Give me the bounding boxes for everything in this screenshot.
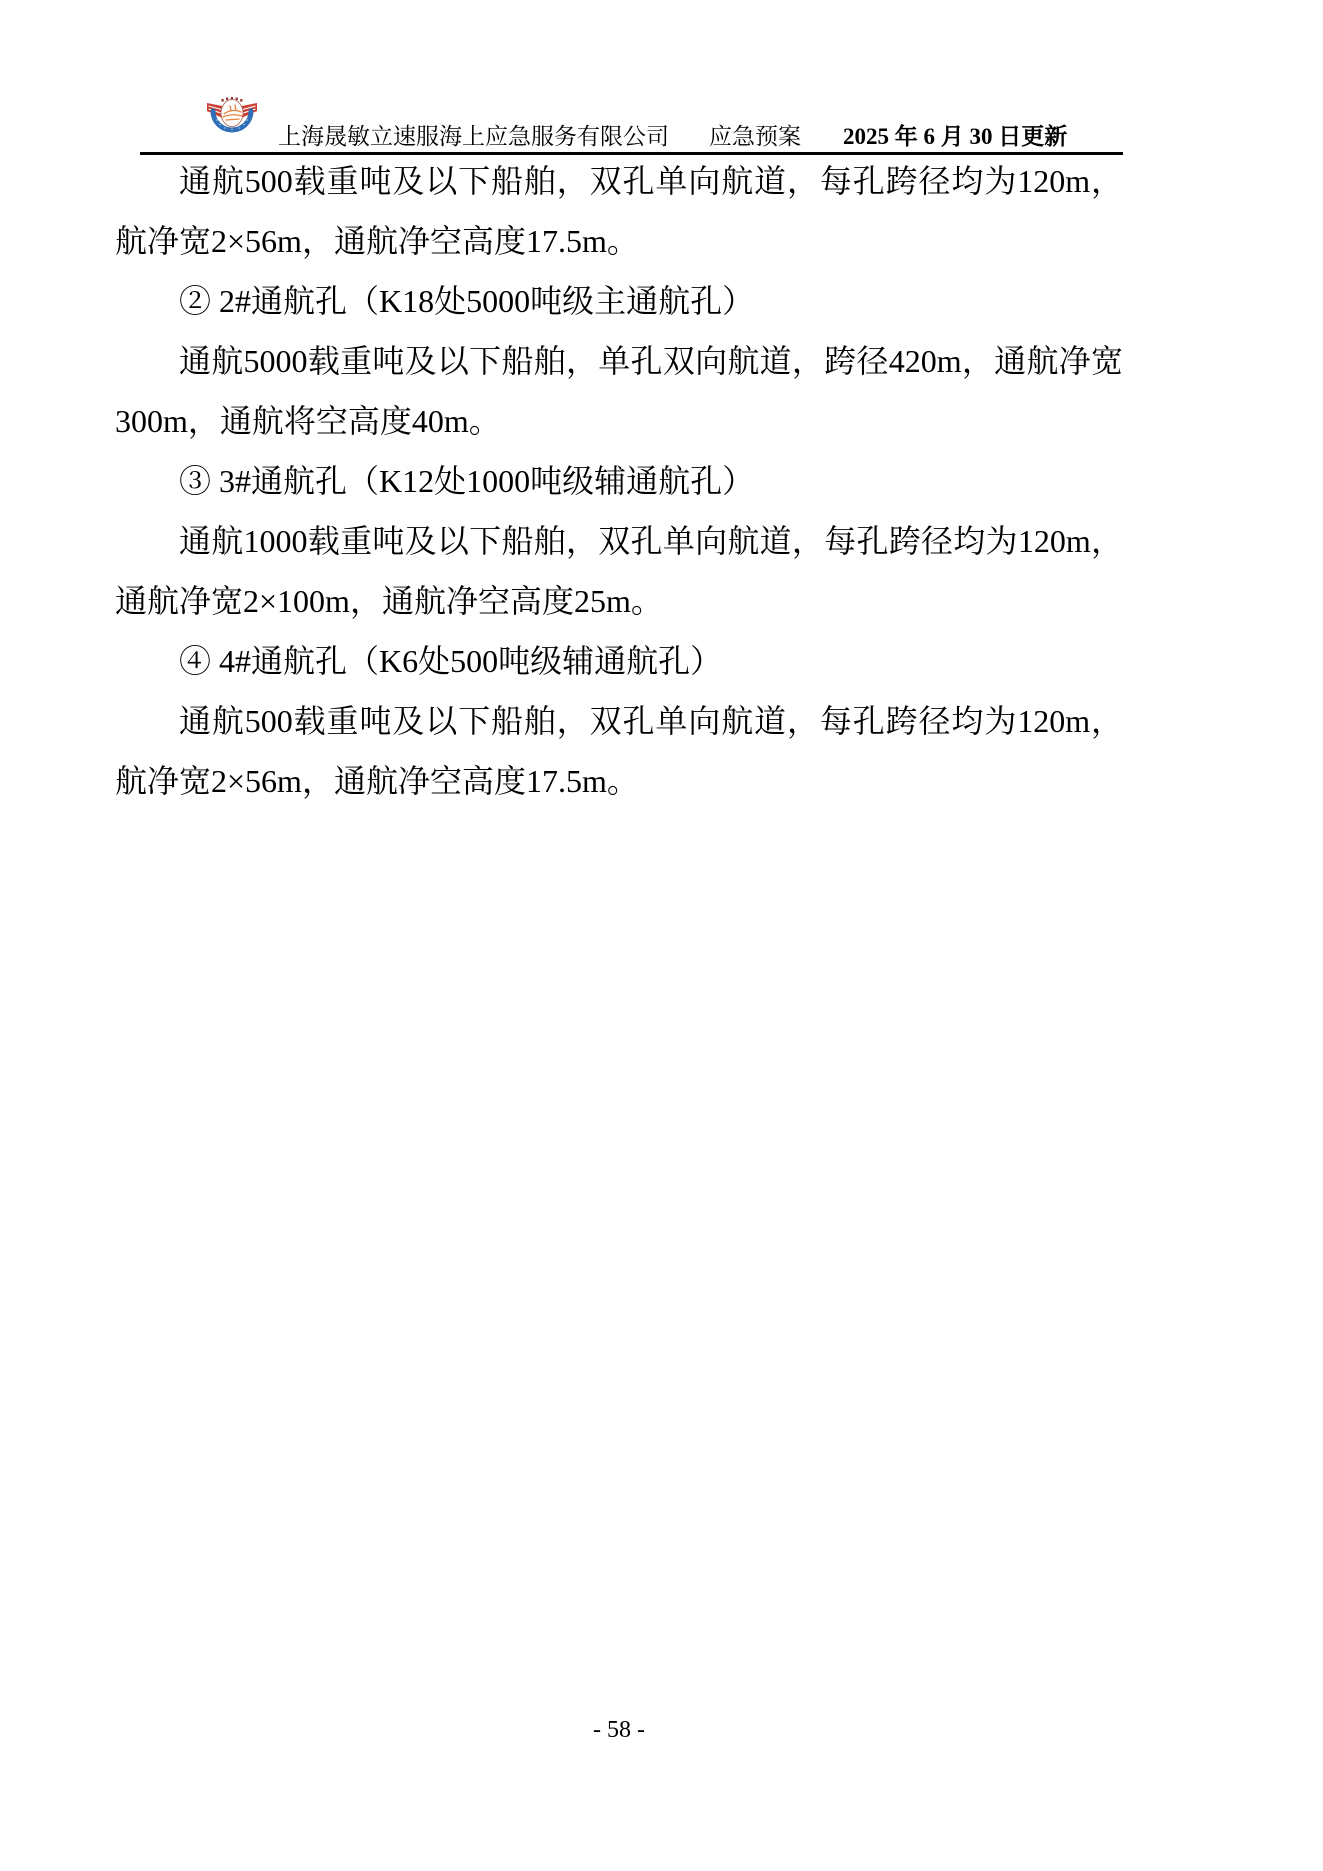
body-text-line: 通航1000载重吨及以下船舶，双孔单向航道，每孔跨径均为120m，: [115, 511, 1123, 571]
page-footer: - 58 -: [115, 1716, 1123, 1744]
company-name: 上海晟敏立速服海上应急服务有限公司: [278, 124, 669, 150]
document-type-label: 应急预案: [709, 124, 801, 150]
body-text-line: 通航500载重吨及以下船舶，双孔单向航道，每孔跨径均为120m，通: [115, 691, 1123, 751]
update-date: 2025 年 6 月 30 日更新: [843, 124, 1067, 150]
page-number: - 58 -: [593, 1717, 645, 1743]
body-text-line: 航净宽2×56m，通航净空高度17.5m。: [115, 751, 1123, 811]
body-text-line: 航净宽2×56m，通航净空高度17.5m。: [115, 211, 1123, 271]
company-logo-icon: [206, 94, 258, 140]
page-header: 上海晟敏立速服海上应急服务有限公司 应急预案 2025 年 6 月 30 日更新: [278, 124, 1067, 150]
body-text-line: ③ 3#通航孔（K12处1000吨级辅通航孔）: [115, 451, 1123, 511]
body-text-line: 通航净宽2×100m，通航净空高度25m。: [115, 571, 1123, 631]
body-text-line: 通航5000载重吨及以下船舶，单孔双向航道，跨径420m，通航净宽: [115, 331, 1123, 391]
document-body: 通航500载重吨及以下船舶，双孔单向航道，每孔跨径均为120m，通 航净宽2×5…: [115, 151, 1123, 811]
body-text-line: 通航500载重吨及以下船舶，双孔单向航道，每孔跨径均为120m，通: [115, 151, 1123, 211]
body-text-line: ② 2#通航孔（K18处5000吨级主通航孔）: [115, 271, 1123, 331]
document-page: 上海晟敏立速服海上应急服务有限公司 应急预案 2025 年 6 月 30 日更新…: [0, 0, 1323, 1871]
body-text-line: 300m，通航将空高度40m。: [115, 391, 1123, 451]
body-text-line: ④ 4#通航孔（K6处500吨级辅通航孔）: [115, 631, 1123, 691]
